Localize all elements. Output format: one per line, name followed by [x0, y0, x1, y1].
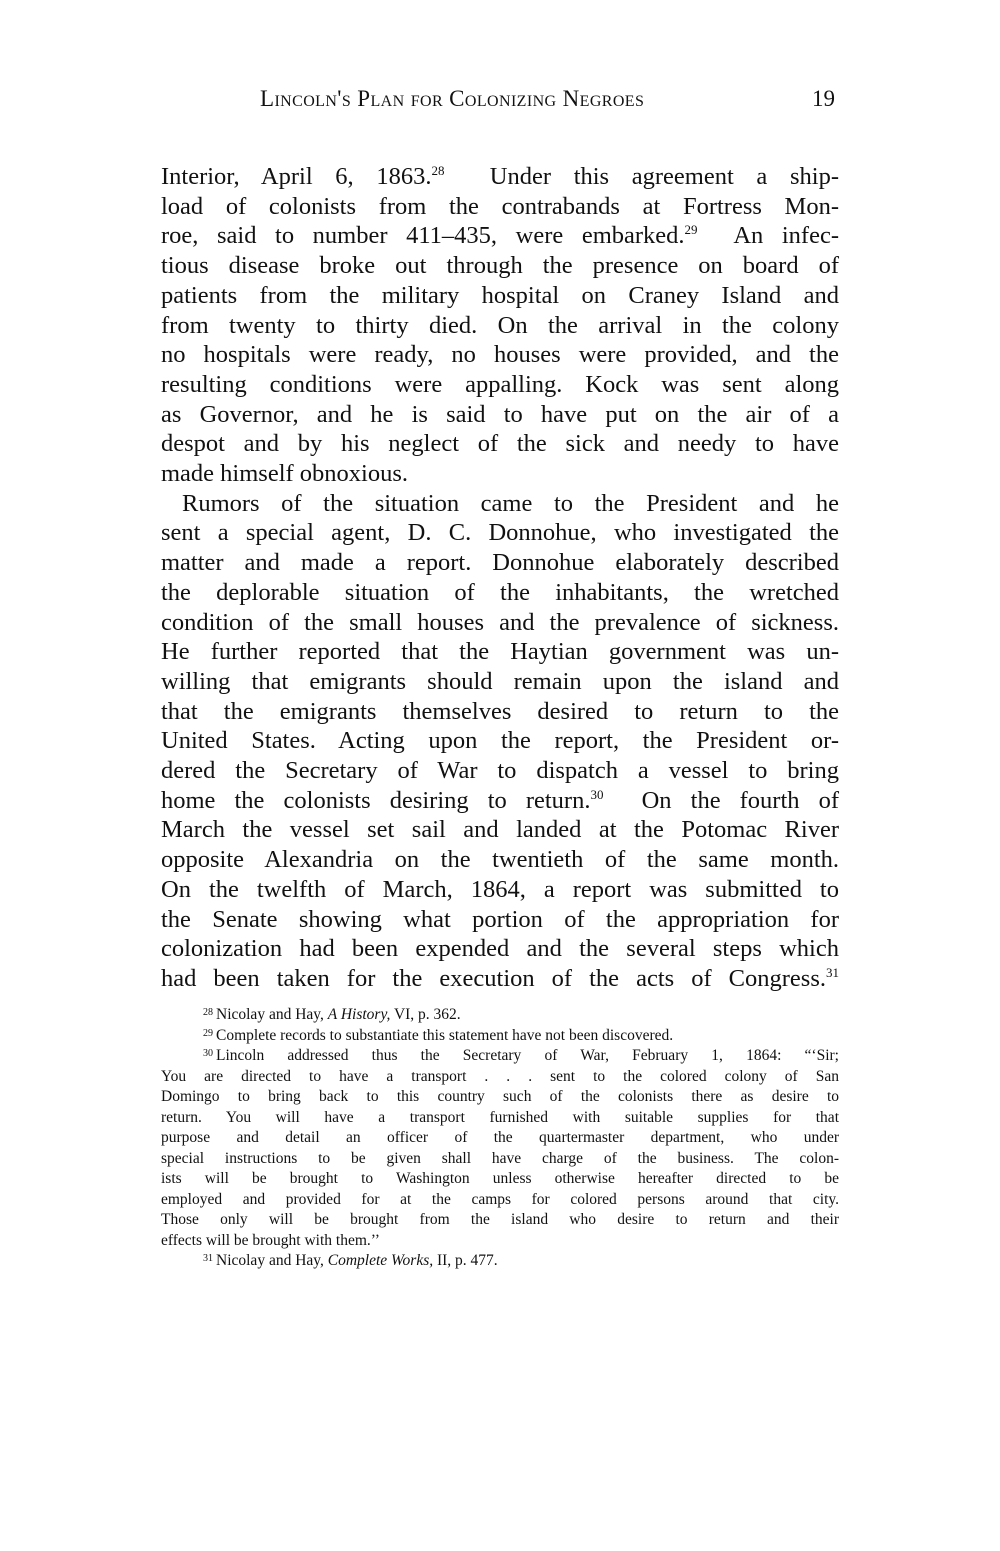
text-line: patients from the military hospital on C… [161, 281, 839, 311]
footnote-30: 30Lincoln addressed thus the Secretary o… [161, 1046, 839, 1251]
text-line: condition of the small houses and the pr… [161, 608, 839, 638]
text-line: despot and by his neglect of the sick an… [161, 429, 839, 459]
footnote-31: 31Nicolay and Hay, Complete Works, II, p… [161, 1251, 839, 1272]
page-number: 19 [812, 86, 835, 112]
footnote-28: 28Nicolay and Hay, A History, VI, p. 362… [161, 1005, 839, 1026]
text-line: On the twelfth of March, 1864, a report … [161, 875, 839, 905]
text-line: roe, said to number 411–435, were embark… [161, 221, 839, 251]
text-line: tious disease broke out through the pres… [161, 251, 839, 281]
footnote-number: 28 [203, 1007, 213, 1018]
text-line: had been taken for the execution of the … [161, 964, 839, 994]
book-title: A History, [328, 1006, 391, 1023]
book-title: Complete Works, [328, 1252, 433, 1269]
text-line: the Senate showing what portion of the a… [161, 905, 839, 935]
footnote-ref-28[interactable]: 28 [431, 163, 444, 178]
footnote-29: 29Complete records to substantiate this … [161, 1026, 839, 1047]
running-head: Lincoln's Plan for Colonizing Negroes 19 [161, 86, 839, 116]
paragraph-1: Interior, April 6, 1863.28 Under this ag… [161, 162, 839, 489]
text-line: matter and made a report. Donnohue elabo… [161, 548, 839, 578]
text-line: from twenty to thirty died. On the arriv… [161, 311, 839, 341]
text-line: resulting conditions were appalling. Koc… [161, 370, 839, 400]
text-line: opposite Alexandria on the twentieth of … [161, 845, 839, 875]
text-line: Interior, April 6, 1863.28 Under this ag… [161, 162, 839, 192]
text-line: United States. Acting upon the report, t… [161, 726, 839, 756]
footnote-ref-29[interactable]: 29 [685, 222, 698, 237]
footnote-number: 30 [203, 1048, 213, 1059]
running-title: Lincoln's Plan for Colonizing Negroes [260, 86, 644, 112]
text-line: as Governor, and he is said to have put … [161, 400, 839, 430]
text-line: colonization had been expended and the s… [161, 934, 839, 964]
text-line: made himself obnoxious. [161, 459, 839, 489]
text-line: willing that emigrants should remain upo… [161, 667, 839, 697]
text-line: no hospitals were ready, no houses were … [161, 340, 839, 370]
body-text: Interior, April 6, 1863.28 Under this ag… [161, 162, 839, 994]
footnote-ref-31[interactable]: 31 [826, 965, 839, 980]
text-line: He further reported that the Haytian gov… [161, 637, 839, 667]
text-line: sent a special agent, D. C. Donnohue, wh… [161, 518, 839, 548]
footnote-ref-30[interactable]: 30 [590, 787, 603, 802]
footnote-number: 29 [203, 1028, 213, 1039]
text-line: Rumors of the situation came to the Pres… [161, 489, 839, 519]
text-line: load of colonists from the contrabands a… [161, 192, 839, 222]
text-line: that the emigrants themselves desired to… [161, 697, 839, 727]
text-line: dered the Secretary of War to dispatch a… [161, 756, 839, 786]
footnote-number: 31 [203, 1253, 213, 1264]
text-line: home the colonists desiring to return.30… [161, 786, 839, 816]
text-line: March the vessel set sail and landed at … [161, 815, 839, 845]
text-line: the deplorable situation of the inhabita… [161, 578, 839, 608]
footnotes: 28Nicolay and Hay, A History, VI, p. 362… [161, 1005, 839, 1272]
paragraph-2: Rumors of the situation came to the Pres… [161, 489, 839, 994]
